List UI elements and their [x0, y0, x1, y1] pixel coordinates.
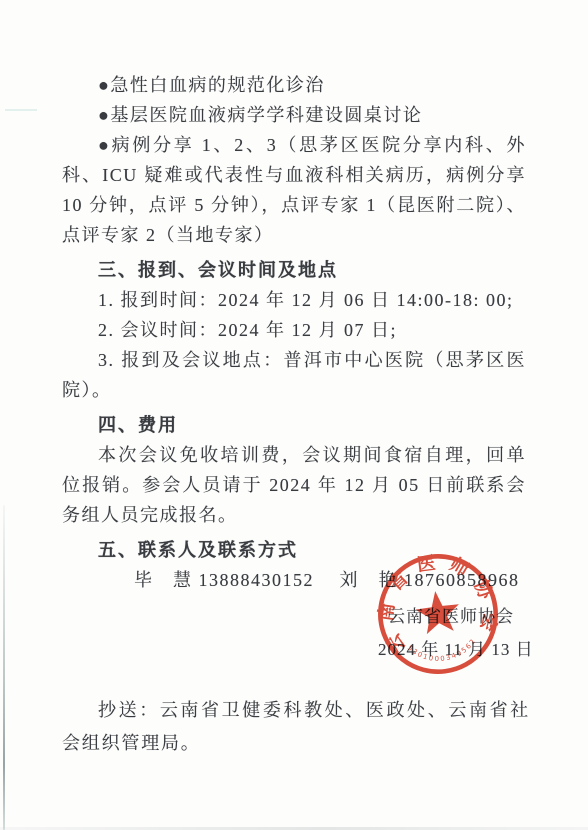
agenda-bullet-leukemia: ●急性白血病的规范化诊治: [62, 70, 526, 100]
official-seal: 云南省医师协会 5301000349562: [367, 542, 510, 687]
fee-paragraph: 本次会议免收培训费，会议期间食宿自理，回单位报销。参会人员请于 2024 年 1…: [62, 440, 526, 530]
section-heading-registration: 三、报到、会议时间及地点: [62, 255, 526, 285]
registration-item-checkin-time: 1. 报到时间：2024 年 12 月 06 日 14:00-18: 00;: [62, 285, 526, 315]
scan-artifact-smudge: [5, 109, 37, 111]
agenda-bullet-case-sharing: ●病例分享 1、2、3（思茅区医院分享内科、外科、ICU 疑难或代表性与血液科相…: [62, 130, 526, 250]
scan-artifact-vertical-line: [3, 505, 5, 830]
registration-item-location: 3. 报到及会议地点：普洱市中心医院（思茅区医院）。: [62, 345, 526, 405]
section-heading-fee: 四、费用: [62, 410, 526, 440]
agenda-bullet-roundtable: ●基层医院血液病学学科建设圆桌讨论: [62, 100, 526, 130]
document-body: ●急性白血病的规范化诊治 ●基层医院血液病学学科建设圆桌讨论 ●病例分享 1、2…: [62, 70, 526, 595]
document-page: ●急性白血病的规范化诊治 ●基层医院血液病学学科建设圆桌讨论 ●病例分享 1、2…: [0, 0, 588, 830]
registration-item-meeting-time: 2. 会议时间：2024 年 12 月 07 日;: [62, 315, 526, 345]
seal-star-icon: [413, 588, 462, 635]
cc-footer-line: 抄送：云南省卫健委科教处、医政处、云南省社会组织管理局。: [62, 694, 530, 760]
